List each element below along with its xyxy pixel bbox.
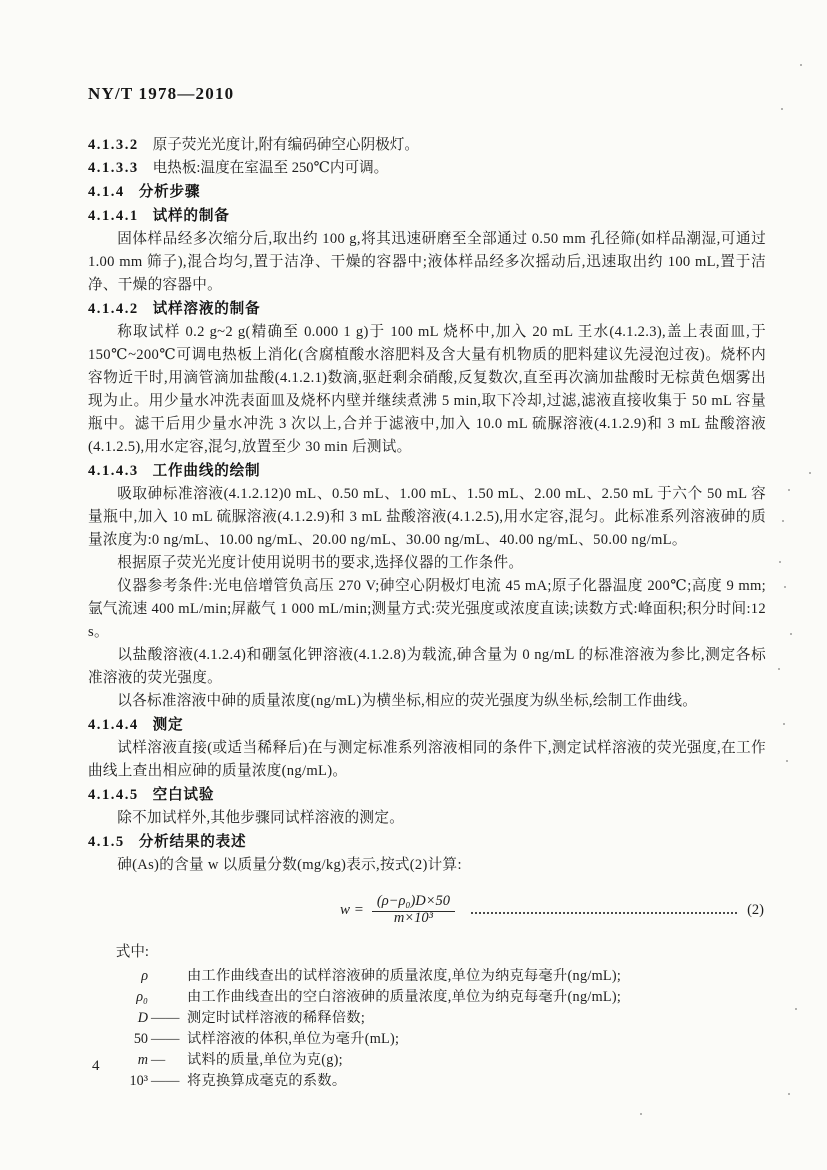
heading-4-1-4-4: 4.1.4.4测定 <box>88 714 766 737</box>
clause-text: 电热板:温度在室温至 250℃内可调。 <box>153 160 389 176</box>
definition-text: 试料的质量,单位为克(g); <box>187 1050 766 1071</box>
scan-speckle <box>800 64 802 66</box>
definition-term: 10³ <box>104 1071 148 1092</box>
heading-title: 测定 <box>153 717 184 733</box>
heading-4-1-4-1: 4.1.4.1试样的制备 <box>88 205 766 228</box>
definition-50: 50 —— 试样溶液的体积,单位为毫升(mL); <box>104 1029 766 1050</box>
scan-speckle <box>795 1008 797 1010</box>
scan-speckle <box>782 520 784 522</box>
equation-denominator: m×10³ <box>394 908 433 926</box>
clause-4-1-3-2: 4.1.3.2原子荧光光度计,附有编码砷空心阴极灯。 <box>88 134 766 157</box>
definition-dash: —— <box>148 1008 187 1029</box>
heading-4-1-4: 4.1.4分析步骤 <box>88 181 766 204</box>
definition-m: m — 试料的质量,单位为克(g); <box>104 1050 766 1071</box>
paragraph-result-expression: 砷(As)的含量 w 以质量分数(mg/kg)表示,按式(2)计算: <box>88 854 766 877</box>
paragraph-carrier-flow: 以盐酸溶液(4.1.2.4)和硼氢化钾溶液(4.1.2.8)为载流,砷含量为 0… <box>88 644 766 690</box>
scan-speckle <box>790 633 792 635</box>
paragraph-determination: 试样溶液直接(或适当稀释后)在与测定标准系列溶液相同的条件下,测定试样溶液的荧光… <box>88 737 766 783</box>
heading-title: 试样溶液的制备 <box>153 301 261 317</box>
scan-speckle <box>786 760 788 762</box>
heading-4-1-4-5: 4.1.4.5空白试验 <box>88 784 766 807</box>
paragraph-sample-preparation: 固体样品经多次缩分后,取出约 100 g,将其迅速研磨至全部通过 0.50 mm… <box>88 228 766 297</box>
scan-speckle <box>783 723 785 725</box>
clause-4-1-3-3: 4.1.3.3电热板:温度在室温至 250℃内可调。 <box>88 157 766 180</box>
heading-title: 空白试验 <box>153 787 215 803</box>
where-label: 式中: <box>88 941 766 963</box>
definition-D: D —— 测定时试样溶液的稀释倍数; <box>104 1008 766 1029</box>
definition-text: 由工作曲线查出的试样溶液砷的质量浓度,单位为纳克每毫升(ng/mL); <box>187 966 766 987</box>
heading-4-1-5: 4.1.5分析结果的表述 <box>88 831 766 854</box>
scan-speckle <box>784 586 786 588</box>
heading-number: 4.1.5 <box>88 834 125 850</box>
definition-text: 由工作曲线查出的空白溶液砷的质量浓度,单位为纳克每毫升(ng/mL); <box>187 987 766 1008</box>
scan-speckle <box>809 472 811 474</box>
page-number: 4 <box>92 1058 100 1075</box>
definition-rho: ρ 由工作曲线查出的试样溶液砷的质量浓度,单位为纳克每毫升(ng/mL); <box>104 966 766 987</box>
page-content: NY/T 1978—2010 4.1.3.2原子荧光光度计,附有编码砷空心阴极灯… <box>88 84 766 1092</box>
heading-number: 4.1.4.4 <box>88 717 139 733</box>
clause-number: 4.1.3.3 <box>88 160 139 176</box>
heading-number: 4.1.4.1 <box>88 208 139 224</box>
definition-10e3: 10³ —— 将克换算成毫克的系数。 <box>104 1071 766 1092</box>
equation-fraction: (ρ−ρ₀)D×50 m×10³ <box>372 893 455 927</box>
scan-speckle <box>640 1113 642 1115</box>
paragraph-solution-preparation: 称取试样 0.2 g~2 g(精确至 0.000 1 g)于 100 mL 烧杯… <box>88 321 766 459</box>
scan-speckle <box>778 668 780 670</box>
definition-term: ρ <box>104 966 148 987</box>
definition-dash: —— <box>148 1029 187 1050</box>
equation-number: (2) <box>747 902 764 919</box>
scan-speckle <box>788 489 790 491</box>
heading-number: 4.1.4 <box>88 184 125 200</box>
paragraph-instrument-manual: 根据原子荧光光度计使用说明书的要求,选择仪器的工作条件。 <box>88 552 766 575</box>
definition-rho0: ρ₀ 由工作曲线查出的空白溶液砷的质量浓度,单位为纳克每毫升(ng/mL); <box>104 987 766 1008</box>
heading-4-1-4-3: 4.1.4.3工作曲线的绘制 <box>88 460 766 483</box>
equation-2: w = (ρ−ρ₀)D×50 m×10³ (2) <box>88 886 766 934</box>
definition-text: 试样溶液的体积,单位为毫升(mL); <box>187 1029 766 1050</box>
definition-term: m <box>104 1050 148 1071</box>
heading-number: 4.1.4.2 <box>88 301 139 317</box>
heading-number: 4.1.4.5 <box>88 787 139 803</box>
definition-text: 将克换算成毫克的系数。 <box>187 1071 766 1092</box>
definition-term: D <box>104 1008 148 1029</box>
scan-speckle <box>781 108 783 110</box>
definition-dash: —— <box>148 1071 187 1092</box>
heading-title: 分析步骤 <box>139 184 201 200</box>
heading-title: 分析结果的表述 <box>139 834 247 850</box>
paragraph-plot-curve: 以各标准溶液中砷的质量浓度(ng/mL)为横坐标,相应的荧光强度为纵坐标,绘制工… <box>88 690 766 713</box>
heading-4-1-4-2: 4.1.4.2试样溶液的制备 <box>88 298 766 321</box>
heading-title: 试样的制备 <box>153 208 230 224</box>
definition-dash: — <box>148 1050 187 1071</box>
standard-number-header: NY/T 1978—2010 <box>88 84 766 104</box>
scan-speckle <box>788 1093 790 1095</box>
definition-term: 50 <box>104 1029 148 1050</box>
heading-number: 4.1.4.3 <box>88 463 139 479</box>
document-page: NY/T 1978—2010 4.1.3.2原子荧光光度计,附有编码砷空心阴极灯… <box>0 0 827 1170</box>
paragraph-working-curve: 吸取砷标准溶液(4.1.2.12)0 mL、0.50 mL、1.00 mL、1.… <box>88 483 766 552</box>
equation-lhs: w = <box>340 902 364 919</box>
definition-term: ρ₀ <box>104 987 148 1008</box>
paragraph-reference-conditions: 仪器参考条件:光电倍增管负高压 270 V;砷空心阴极灯电流 45 mA;原子化… <box>88 575 766 644</box>
clause-text: 原子荧光光度计,附有编码砷空心阴极灯。 <box>153 137 419 153</box>
paragraph-blank-test: 除不加试样外,其他步骤同试样溶液的测定。 <box>88 807 766 830</box>
scan-speckle <box>779 561 781 563</box>
dotted-leader <box>471 912 737 914</box>
clause-number: 4.1.3.2 <box>88 137 139 153</box>
heading-title: 工作曲线的绘制 <box>153 463 261 479</box>
definition-text: 测定时试样溶液的稀释倍数; <box>187 1008 766 1029</box>
